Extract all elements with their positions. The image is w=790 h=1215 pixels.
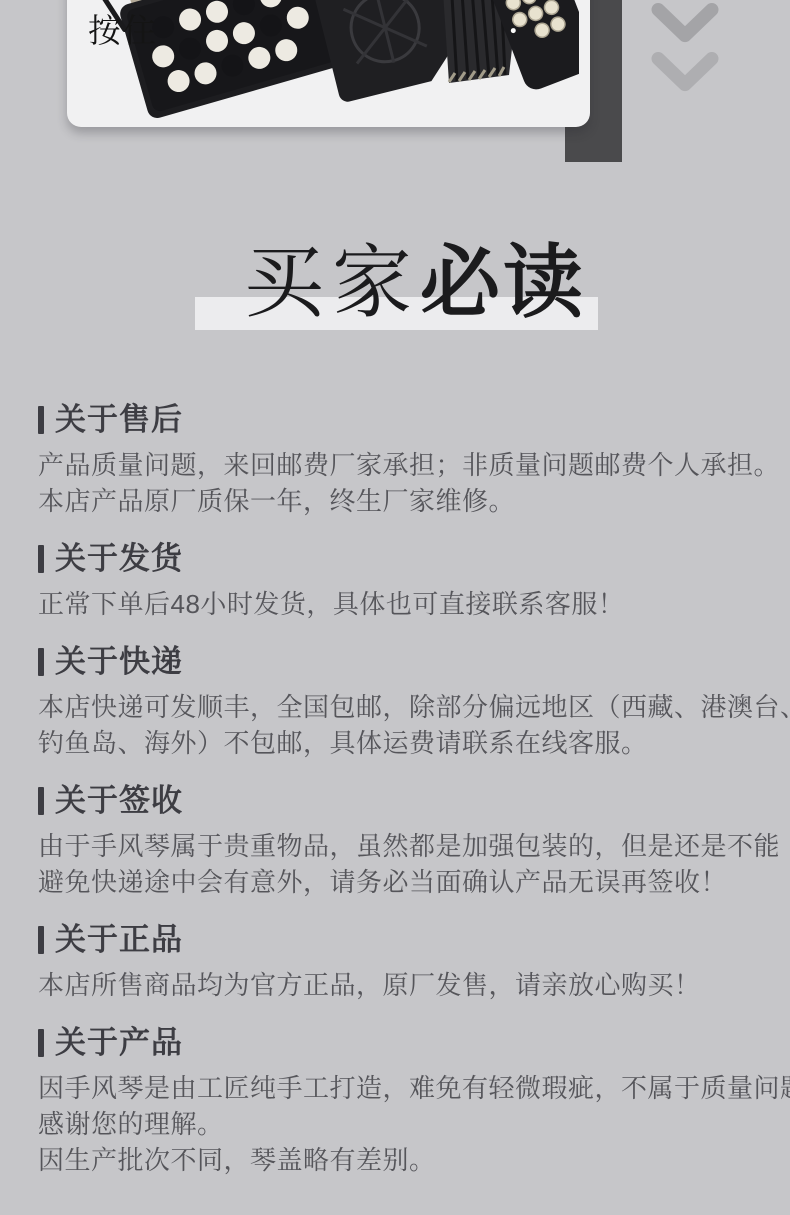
chevron-path — [658, 59, 712, 85]
heading-bar — [38, 1029, 44, 1057]
section-sign-receipt: 关于签收 由于手风琴属于贵重物品，虽然都是加强包装的，但是还是不能 避免快递途中… — [38, 781, 760, 900]
section-heading: 关于发货 — [38, 539, 760, 579]
heading-bar — [38, 406, 44, 434]
section-body-line: 钓鱼岛、海外）不包邮，具体运费请联系在线客服。 — [38, 725, 760, 761]
press-hold-label: 按住 — [88, 13, 158, 49]
section-heading-text: 关于快递 — [55, 642, 183, 682]
section-express: 关于快递 本店快递可发顺丰，全国包邮，除部分偏远地区（西藏、港澳台、 钓鱼岛、海… — [38, 642, 760, 761]
section-body-line: 避免快递途中会有意外，请务必当面确认产品无误再签收！ — [38, 864, 760, 900]
section-after-sales: 关于售后 产品质量问题，来回邮费厂家承担；非质量问题邮费个人承担。 本店产品原厂… — [38, 400, 760, 519]
section-body-line: 因手风琴是由工匠纯手工打造，难免有轻微瑕疵，不属于质量问题 — [38, 1070, 760, 1106]
section-heading-text: 关于售后 — [55, 400, 183, 440]
section-body-line: 因生产批次不同，琴盖略有差别。 — [38, 1142, 760, 1178]
section-heading: 关于产品 — [38, 1023, 760, 1063]
page-title: 买家必读 — [0, 243, 790, 323]
scroll-down-indicator — [646, 2, 724, 95]
title-bold-part: 必读 — [420, 238, 586, 327]
section-heading: 关于正品 — [38, 920, 760, 960]
title-light-part: 买家 — [244, 238, 420, 327]
section-heading-text: 关于产品 — [55, 1023, 183, 1063]
section-product: 关于产品 因手风琴是由工匠纯手工打造，难免有轻微瑕疵，不属于质量问题 感谢您的理… — [38, 1023, 760, 1178]
section-body-line: 由于手风琴属于贵重物品，虽然都是加强包装的，但是还是不能 — [38, 828, 760, 864]
notice-sections: 关于售后 产品质量问题，来回邮费厂家承担；非质量问题邮费个人承担。 本店产品原厂… — [38, 400, 760, 1198]
section-body-line: 感谢您的理解。 — [38, 1106, 760, 1142]
chevron-down-icon — [646, 51, 724, 95]
accordion-photo — [119, 0, 579, 120]
section-body-line: 本店快递可发顺丰，全国包邮，除部分偏远地区（西藏、港澳台、 — [38, 689, 760, 725]
heading-bar — [38, 648, 44, 676]
buyer-notice-page: 按住 买家必读 关于售后 产品质量问题，来回邮费厂家承担；非质量问题邮费个人承担… — [0, 0, 790, 1215]
section-heading-text: 关于发货 — [55, 539, 183, 579]
section-heading-text: 关于签收 — [55, 781, 183, 821]
section-heading: 关于售后 — [38, 400, 760, 440]
chevron-path — [658, 10, 712, 36]
section-authenticity: 关于正品 本店所售商品均为官方正品，原厂发售，请亲放心购买！ — [38, 920, 760, 1003]
chevron-down-icon — [646, 2, 724, 46]
section-body-line: 正常下单后48小时发货，具体也可直接联系客服！ — [38, 586, 760, 622]
section-body-line: 产品质量问题，来回邮费厂家承担；非质量问题邮费个人承担。 — [38, 447, 760, 483]
section-heading: 关于签收 — [38, 781, 760, 821]
section-heading: 关于快递 — [38, 642, 760, 682]
section-body-line: 本店产品原厂质保一年，终生厂家维修。 — [38, 483, 760, 519]
heading-bar — [38, 926, 44, 954]
product-image-card: 按住 — [67, 0, 590, 127]
heading-bar — [38, 545, 44, 573]
section-body-line: 本店所售商品均为官方正品，原厂发售，请亲放心购买！ — [38, 967, 760, 1003]
section-heading-text: 关于正品 — [55, 920, 183, 960]
section-shipping: 关于发货 正常下单后48小时发货，具体也可直接联系客服！ — [38, 539, 760, 622]
heading-bar — [38, 787, 44, 815]
